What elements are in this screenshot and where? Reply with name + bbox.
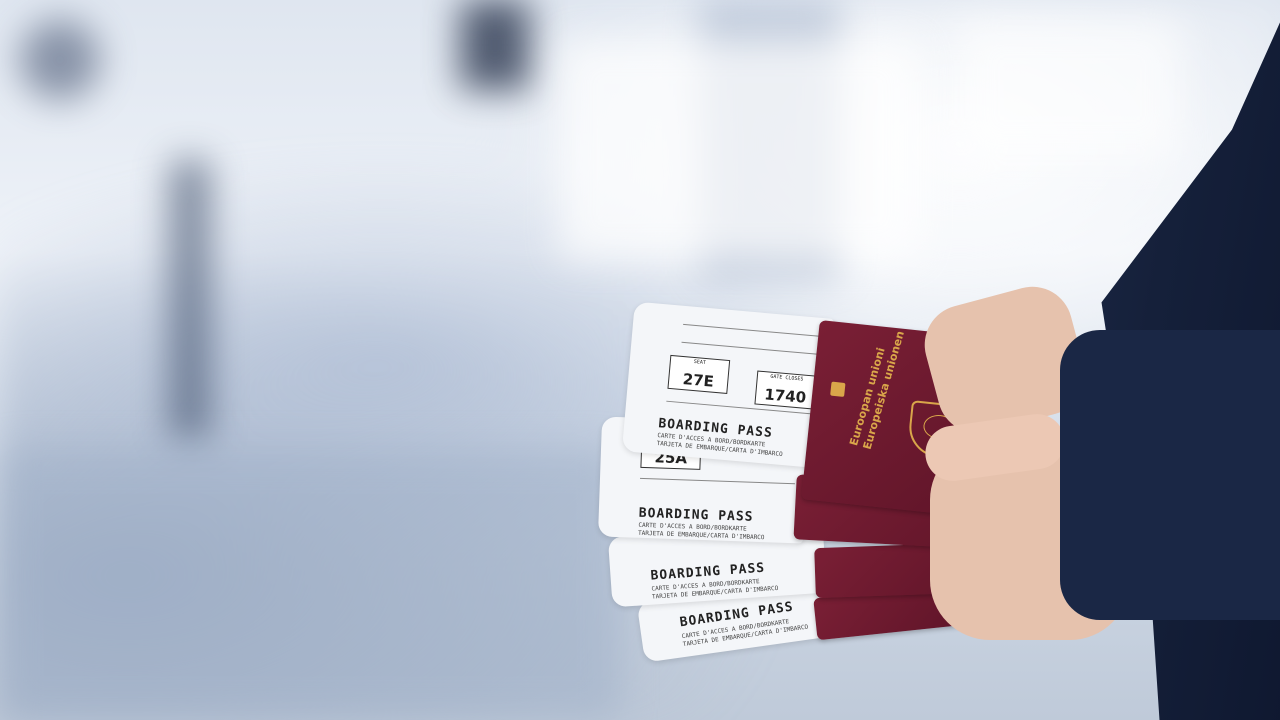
background-dark-shape	[460, 0, 530, 90]
gate-closes-time: 1740	[756, 385, 815, 408]
background-light	[960, 20, 1180, 160]
background-floor	[0, 450, 620, 720]
background-light	[560, 40, 920, 260]
boarding-pass: SEAT 27E GATE CLOSES 1740 BOARDING PASS …	[622, 302, 834, 469]
passport-cover-text: Euroopan unioni Europeiska unionen	[847, 326, 908, 452]
gate-closes-label: GATE CLOSES	[758, 373, 816, 384]
seat-label: SEAT	[671, 357, 729, 368]
background-pillar	[170, 160, 210, 440]
seat-number: 27E	[669, 369, 728, 392]
background-dark-shape	[20, 20, 100, 100]
seat-box: SEAT 27E	[667, 355, 730, 394]
photo-scene: BOARDING PASS CARTE D'ACCES A BORD/BORDK…	[0, 0, 1280, 720]
biometric-chip-icon	[830, 382, 845, 397]
jacket-cuff	[1060, 330, 1280, 620]
gate-closes-box: GATE CLOSES 1740	[754, 371, 817, 410]
